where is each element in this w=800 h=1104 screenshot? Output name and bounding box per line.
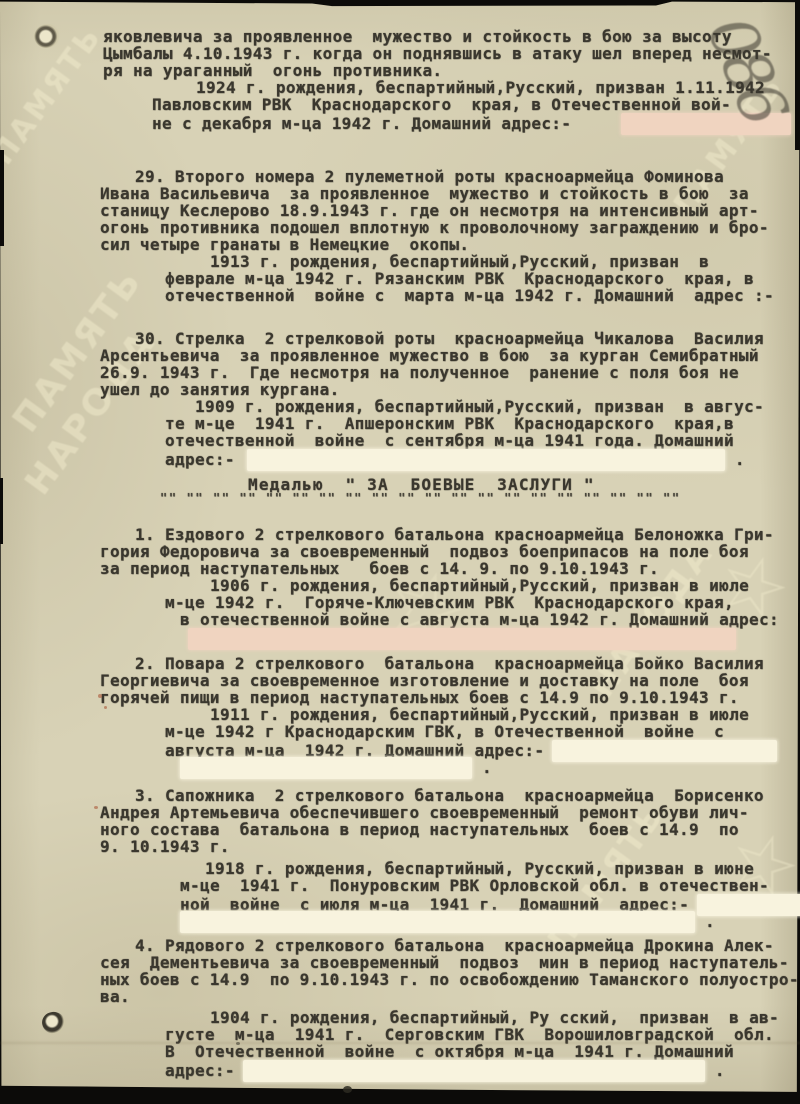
typewritten-line: 1909 г. рождения, беспартийный,Русский, … [0, 398, 800, 415]
typewritten-line: густе м-ца 1941 г. Серговским ГВК Вороши… [0, 1026, 800, 1043]
typewritten-line: в отечественной войне с августа м-ца 194… [0, 611, 800, 628]
entry-3: 3. Сапожника 2 стрелкового батальона кра… [0, 787, 800, 928]
rust-speck [104, 706, 107, 709]
typewritten-line: Арсентьевича за проявленное мужество в б… [0, 347, 800, 364]
line-text: в отечественной войне с августа м-ца 194… [180, 610, 779, 629]
typewritten-line: 1913 г. рождения, беспартийный,Русский, … [0, 253, 800, 270]
typewritten-line: 4. Рядового 2 стрелкового батальона крас… [0, 937, 800, 954]
line-text: не с декабря м-ца 1942 г. Домашний адрес… [152, 114, 571, 133]
ink-speck [343, 1086, 352, 1093]
scan-edge-mark [795, 0, 800, 150]
typewritten-line: Георгиевича за своевременное изготовлени… [0, 672, 800, 689]
typewritten-line: 29. Второго номера 2 пулеметной роты кра… [0, 168, 800, 185]
scan-edge-mark [0, 150, 4, 246]
typewritten-line: сил четыре гранаты в Немецкие окопы. [0, 236, 800, 253]
entry-29: 29. Второго номера 2 пулеметной роты кра… [0, 168, 800, 304]
typewritten-line: Андрея Артемьевича обеспечившего своевре… [0, 804, 800, 821]
entry-2: 2. Повара 2 стрелкового батальона красно… [0, 655, 800, 774]
typewritten-line: те м-це 1941 г. Апшеронским РВК Краснода… [0, 415, 800, 432]
line-text-after: . [472, 758, 492, 777]
entry-30: 30. Стрелка 2 стрелковой роты красноарме… [0, 330, 800, 466]
typewritten-line: ва. [0, 988, 800, 1005]
typewritten-line: м-це 1941 г. Понуровским РВК Орловской о… [0, 877, 800, 894]
typewritten-line: сея Дементьевича за своевременный подвоз… [0, 954, 800, 971]
typewritten-line: . [0, 911, 800, 928]
line-text-after: . [695, 912, 715, 931]
medal-section-heading: Медалью " ЗА БОЕВЫЕ ЗАСЛУГИ """ "" "" ""… [0, 476, 800, 506]
rust-speck [94, 806, 98, 809]
typewritten-line: В Отечественной войне с октября м-ца 194… [0, 1043, 800, 1060]
line-text: "" "" "" "" "" "" "" "" "" "" "" "" "" "… [160, 491, 681, 505]
typewritten-line: 1904 г. рождения, беспартийный, Ру сский… [0, 1009, 800, 1026]
typewritten-line: ной войне с июля м-ца 1941 г. Домашний а… [0, 894, 800, 911]
typewritten-line: 9. 10.1943 г. [0, 838, 800, 855]
typewritten-line: отечественной войне с сентября м-ца 1941… [0, 432, 800, 449]
document-text: яковлевича за проявленное мужество и сто… [0, 28, 800, 1077]
typewritten-line [0, 628, 800, 645]
scan-edge-mark [0, 478, 3, 544]
entry-1: 1. Ездового 2 стрелкового батальона крас… [0, 526, 800, 645]
redaction-box [180, 757, 472, 779]
line-text: ных боев с 14.9 по 9.10.1943 г. по освоб… [100, 970, 799, 989]
typewritten-line: 1. Ездового 2 стрелкового батальона крас… [0, 526, 800, 543]
typewritten-line: 2. Повара 2 стрелкового батальона красно… [0, 655, 800, 672]
typewritten-line: ушел до занятия кургана. [0, 381, 800, 398]
typewritten-line: не с декабря м-ца 1942 г. Домашний адрес… [0, 113, 800, 130]
typewritten-line: Ивана Васильевича за проявленное мужеств… [0, 185, 800, 202]
line-text: В Отечественной войне с октября м-ца 194… [165, 1042, 734, 1061]
ink-speck [236, 1042, 240, 1045]
typewritten-line: адрес:- . [0, 1060, 800, 1077]
redaction-box [243, 1060, 705, 1082]
typewritten-line: "" "" "" "" "" "" "" "" "" "" "" "" "" "… [0, 492, 800, 506]
typewritten-line: 1906 г. рождения, беспартийный,Русский, … [0, 577, 800, 594]
scanned-document-page: ПАМЯТЬ ПАМЯТЬ НАРОДА ПАМЯТЬ НАРОДА ПАМЯТ… [0, 0, 800, 1104]
line-text: адрес:- [165, 450, 235, 469]
typewritten-line: отечественной войне с марта м-ца 1942 г.… [0, 287, 800, 304]
typewritten-line: 30. Стрелка 2 стрелковой роты красноарме… [0, 330, 800, 347]
typewritten-line: адрес:- . [0, 449, 800, 466]
line-text: адрес:- [165, 1061, 235, 1080]
typewritten-line: м-це 1942 г. Горяче-Ключевским РВК Красн… [0, 594, 800, 611]
line-text: 9. 10.1943 г. [100, 837, 230, 856]
line-text-after: . [705, 1061, 725, 1080]
redaction-box [247, 449, 725, 471]
line-text: Павловским РВК Краснодарского края, в От… [152, 95, 731, 114]
line-text: ва. [100, 987, 130, 1006]
typewritten-line: 26.9. 1943 г. Где несмотря на полученное… [0, 364, 800, 381]
typewritten-line: 3. Сапожника 2 стрелкового батальона кра… [0, 787, 800, 804]
paper-crease [0, 1042, 800, 1044]
rust-speck [98, 694, 102, 698]
typewritten-line: ного состава батальона в период наступат… [0, 821, 800, 838]
typewritten-line: горячей пищи в период наступательных бое… [0, 689, 800, 706]
line-text: отечественной войне с марта м-ца 1942 г.… [165, 286, 774, 305]
line-text: м-це 1941 г. Понуровским РВК Орловской о… [180, 876, 769, 895]
typewritten-line: августа м-ца 1942 г. Домашний адрес:- [0, 740, 800, 757]
redaction-box [552, 740, 777, 762]
line-text: отечественной войне с сентября м-ца 1941… [165, 431, 734, 450]
line-text-after: . [725, 450, 745, 469]
typewritten-line: м-це 1942 г Краснодарским ГВК, в Отечест… [0, 723, 800, 740]
line-text: м-це 1942 г Краснодарским ГВК, в Отечест… [165, 722, 724, 741]
typewritten-line: гория Федоровича за своевременный подвоз… [0, 543, 800, 560]
typewritten-line: 1911 г. рождения, беспартийный,Русский, … [0, 706, 800, 723]
typewritten-line: феврале м-ца 1942 г. Рязанским РВК Красн… [0, 270, 800, 287]
typewritten-line: 1918 г. рождения, беспартийный, Русский,… [0, 860, 800, 877]
typewritten-line: ных боев с 14.9 по 9.10.1943 г. по освоб… [0, 971, 800, 988]
typewritten-line: за период наступательных боев с 14. 9. п… [0, 560, 800, 577]
entry-4: 4. Рядового 2 стрелкового батальона крас… [0, 937, 800, 1077]
redaction-box [180, 911, 695, 933]
typewritten-line: станицу Кеслерово 18.9.1943 г. где он не… [0, 202, 800, 219]
redaction-box [188, 628, 736, 650]
typewritten-line: огонь противника подошел вплотную к пров… [0, 219, 800, 236]
